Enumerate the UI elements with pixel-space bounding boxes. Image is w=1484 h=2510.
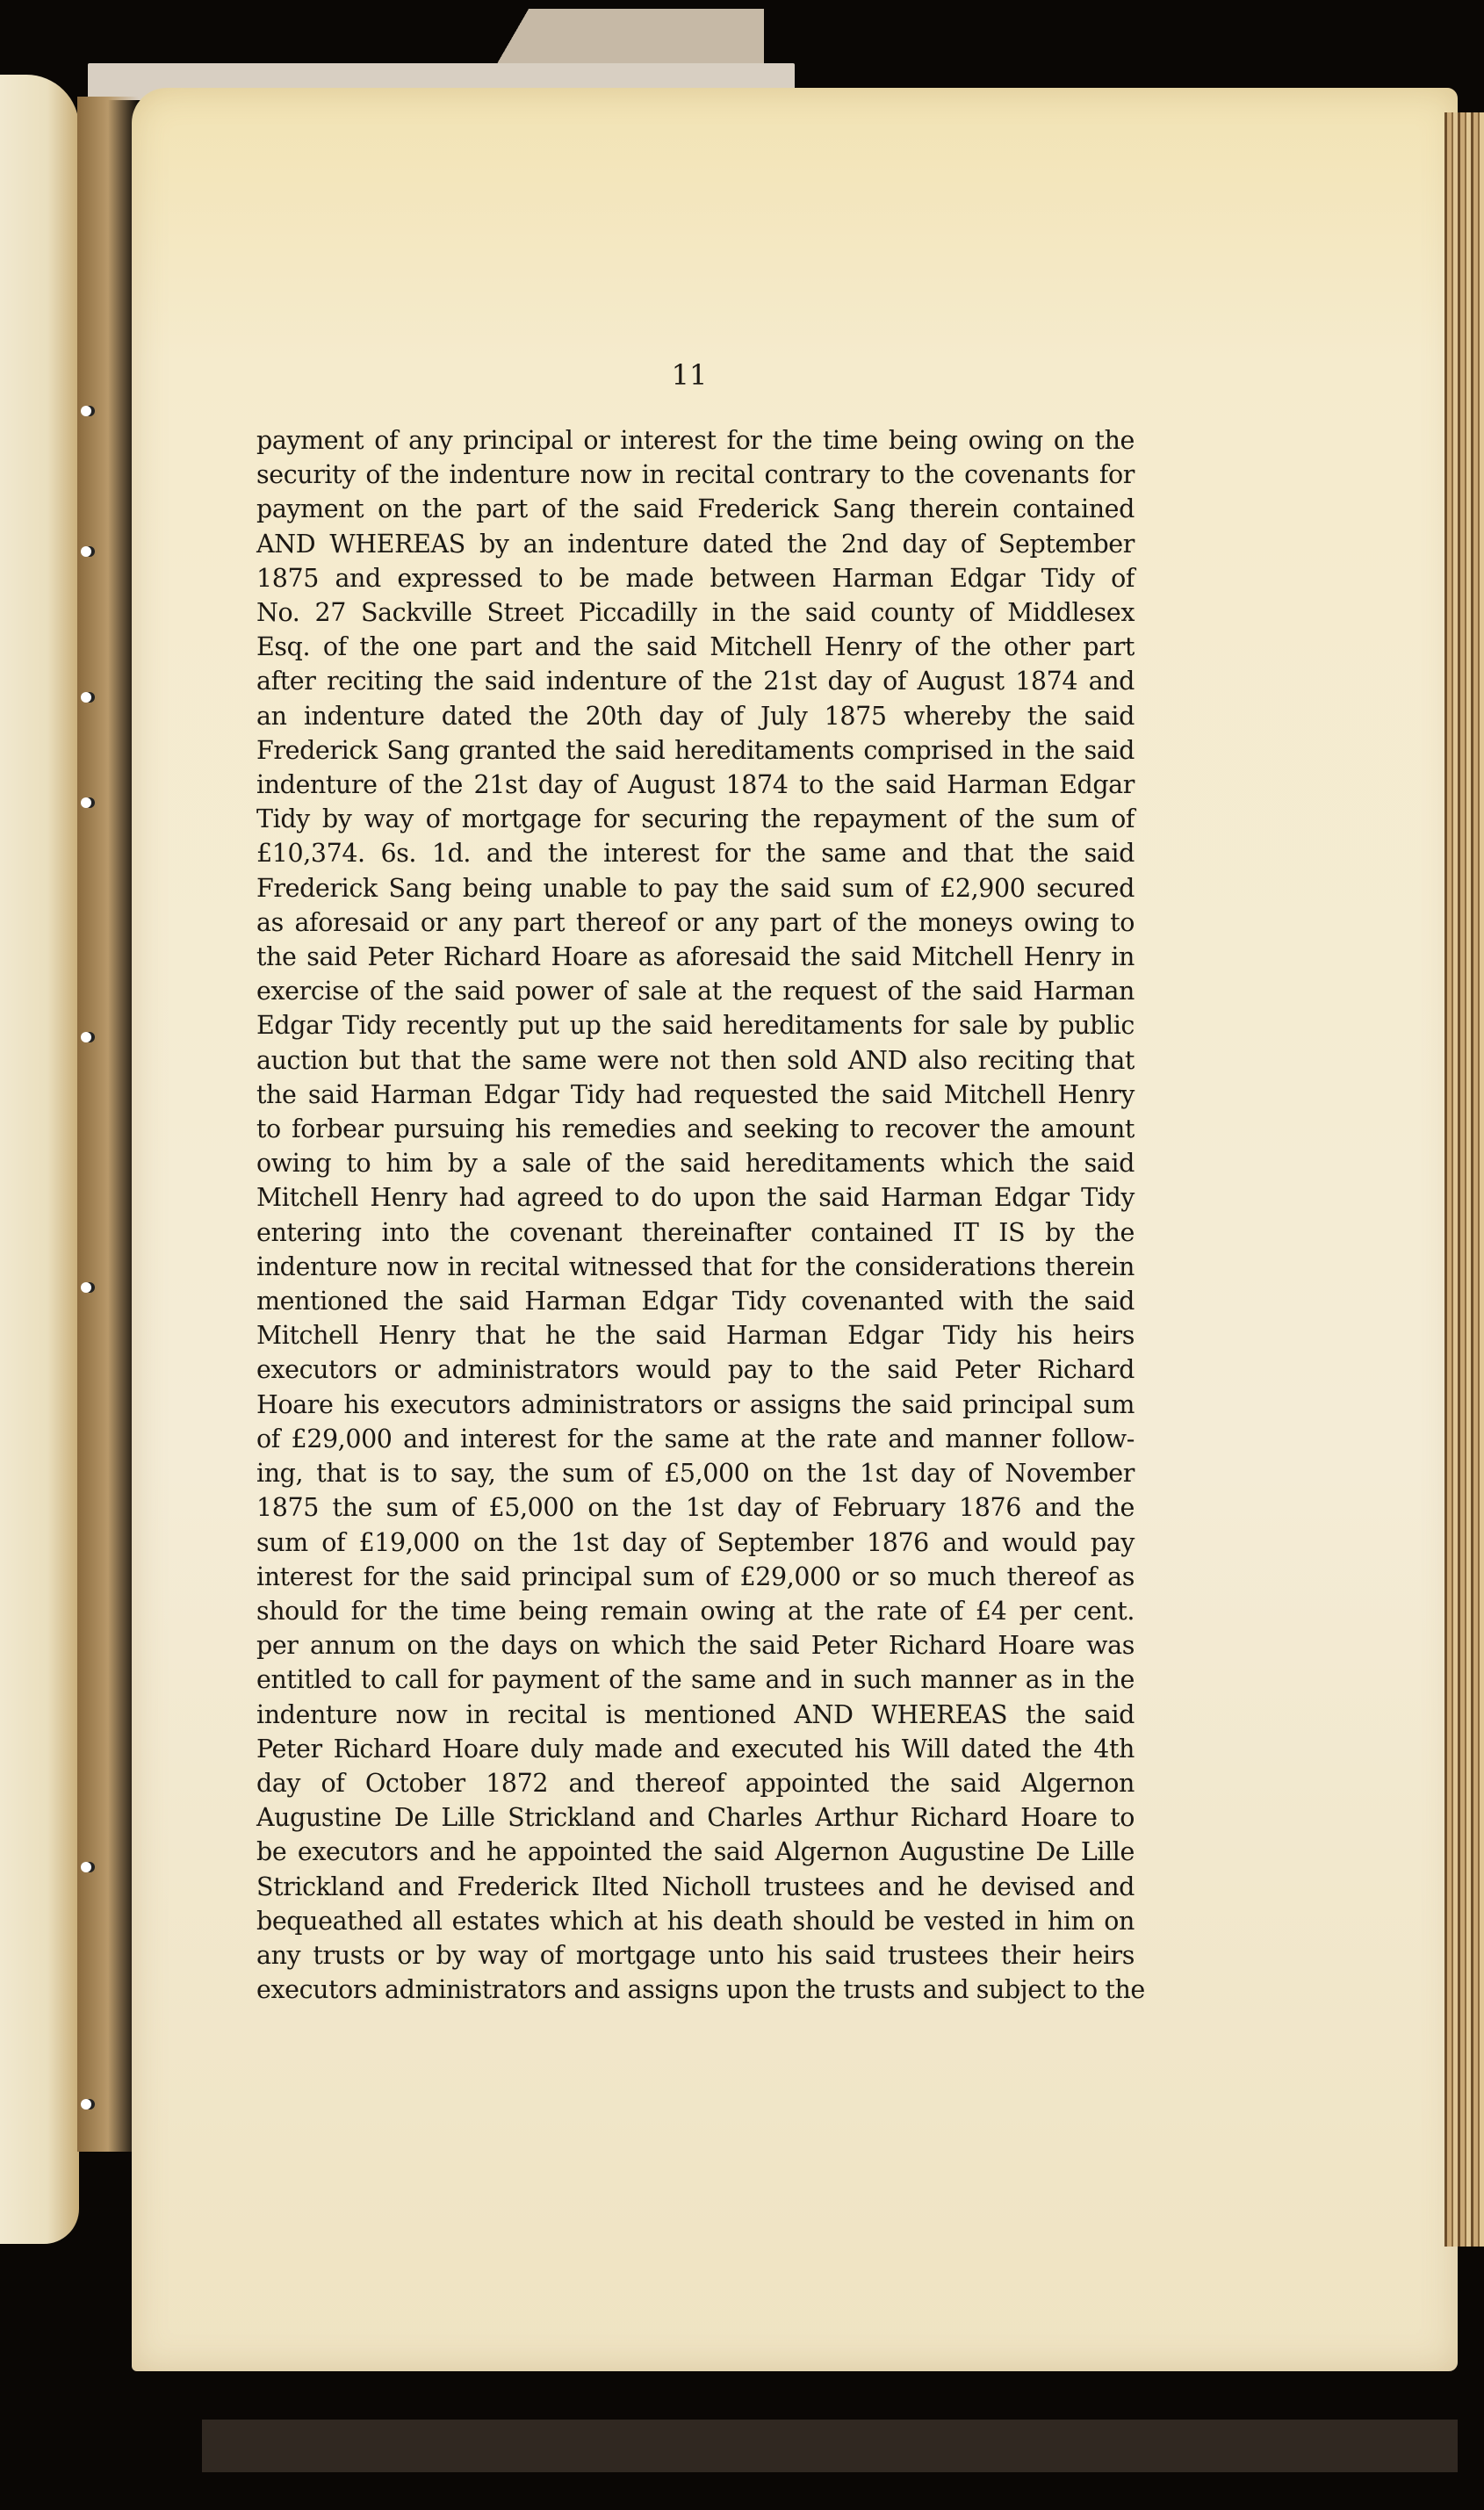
text-line: should for the time being remain owing a…: [256, 1594, 1135, 1628]
binding-stitch-icon: [81, 1862, 91, 1872]
text-line: Esq. of the one part and the said Mitche…: [256, 630, 1135, 664]
text-line: AND WHEREAS by an indenture dated the 2n…: [256, 527, 1135, 561]
text-line: day of October 1872 and thereof appointe…: [256, 1766, 1135, 1800]
text-line: of £29,000 and interest for the same at …: [256, 1422, 1135, 1456]
text-line: auction but that the same were not then …: [256, 1043, 1135, 1078]
text-line: interest for the said principal sum of £…: [256, 1560, 1135, 1594]
binding-stitch-icon: [81, 692, 91, 703]
page-number: 11: [0, 358, 1379, 392]
text-line: indenture now in recital is mentioned AN…: [256, 1698, 1135, 1732]
text-line: any trusts or by way of mortgage unto hi…: [256, 1938, 1135, 1973]
binding-stitch-icon: [81, 797, 91, 808]
text-line: Hoare his executors administrators or as…: [256, 1388, 1135, 1422]
binding-stitch-icon: [81, 1282, 91, 1293]
text-line: Augustine De Lille Strickland and Charle…: [256, 1800, 1135, 1835]
torn-bottom-edge: [202, 2420, 1458, 2472]
text-line: No. 27 Sackville Street Piccadilly in th…: [256, 595, 1135, 630]
body-paragraph: payment of any principal or interest for…: [256, 423, 1135, 2007]
text-line: an indenture dated the 20th day of July …: [256, 699, 1135, 733]
text-line: Edgar Tidy recently put up the said here…: [256, 1008, 1135, 1042]
text-line: owing to him by a sale of the said hered…: [256, 1146, 1135, 1180]
text-line: 1875 the sum of £5,000 on the 1st day of…: [256, 1490, 1135, 1525]
text-line: Frederick Sang granted the said heredita…: [256, 733, 1135, 768]
text-line: Strickland and Frederick Ilted Nicholl t…: [256, 1870, 1135, 1904]
text-line: the said Harman Edgar Tidy had requested…: [256, 1078, 1135, 1112]
text-line: executors administrators and assigns upo…: [256, 1973, 1135, 2007]
page-fore-edge: [1444, 112, 1484, 2247]
text-line: mentioned the said Harman Edgar Tidy cov…: [256, 1284, 1135, 1318]
torn-paper-tab: [413, 9, 764, 70]
text-line: security of the indenture now in recital…: [256, 458, 1135, 492]
text-line: as aforesaid or any part thereof or any …: [256, 905, 1135, 940]
text-line: exercise of the said power of sale at th…: [256, 974, 1135, 1008]
gutter-shadow: [77, 97, 139, 2152]
left-page-edge: [0, 75, 79, 2244]
text-line: Frederick Sang being unable to pay the s…: [256, 871, 1135, 905]
text-line: payment on the part of the said Frederic…: [256, 492, 1135, 526]
text-line: Tidy by way of mortgage for securing the…: [256, 802, 1135, 836]
text-line: ing, that is to say, the sum of £5,000 o…: [256, 1456, 1135, 1490]
text-line: sum of £19,000 on the 1st day of Septemb…: [256, 1525, 1135, 1560]
text-line: 1875 and expressed to be made between Ha…: [256, 561, 1135, 595]
text-line: payment of any principal or interest for…: [256, 423, 1135, 458]
text-line: Peter Richard Hoare duly made and execut…: [256, 1732, 1135, 1766]
text-line: after reciting the said indenture of the…: [256, 664, 1135, 698]
text-line: per annum on the days on which the said …: [256, 1628, 1135, 1663]
binding-stitch-icon: [81, 1032, 91, 1042]
text-line: entering into the covenant thereinafter …: [256, 1215, 1135, 1250]
text-line: indenture of the 21st day of August 1874…: [256, 768, 1135, 802]
binding-stitch-icon: [81, 2099, 91, 2110]
text-line: executors or administrators would pay to…: [256, 1352, 1135, 1387]
text-line: Mitchell Henry that he the said Harman E…: [256, 1318, 1135, 1352]
text-line: be executors and he appointed the said A…: [256, 1835, 1135, 1869]
binding-stitch-icon: [81, 406, 91, 416]
text-line: entitled to call for payment of the same…: [256, 1663, 1135, 1697]
book-photo: 11 payment of any principal or interest …: [0, 0, 1484, 2510]
text-line: to forbear pursuing his remedies and see…: [256, 1112, 1135, 1146]
text-line: Mitchell Henry had agreed to do upon the…: [256, 1180, 1135, 1215]
text-line: the said Peter Richard Hoare as aforesai…: [256, 940, 1135, 974]
text-line: bequeathed all estates which at his deat…: [256, 1904, 1135, 1938]
text-line: £10,374. 6s. 1d. and the interest for th…: [256, 836, 1135, 870]
binding-stitch-icon: [81, 546, 91, 557]
text-line: indenture now in recital witnessed that …: [256, 1250, 1135, 1284]
